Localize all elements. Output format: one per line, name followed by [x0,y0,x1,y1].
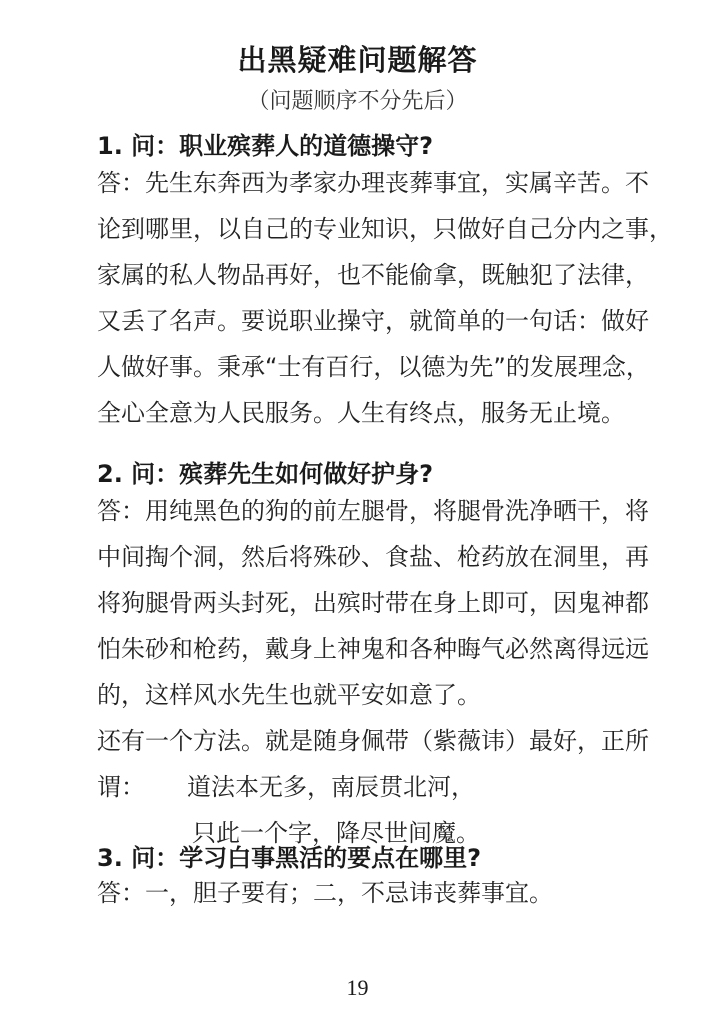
question-1: 1. 问：职业殡葬人的道德操守? [97,126,433,161]
answer-line: 家属的私人物品再好，也不能偷拿，既触犯了法律， [97,252,645,298]
answer-line: 又丢了名声。要说职业操守，就简单的一句话：做好 [97,298,645,344]
answer-line: 人做好事。秉承“士有百行，以德为先”的发展理念， [97,344,645,390]
answer-line: 怕朱砂和枪药，戴身上神鬼和各种晦气必然离得远远 [97,626,645,672]
answer-line: 答：先生东奔西为孝家办理丧葬事宜，实属辛苦。不 [97,160,645,206]
answer-line: 中间掏个洞，然后将殊砂、食盐、枪药放在洞里，再 [97,534,645,580]
page-subtitle: （问题顺序不分先后） [0,84,715,115]
answer-line: 论到哪里，以自己的专业知识，只做好自己分内之事， [97,206,645,252]
verse-prefix: 谓： [97,764,187,810]
answer-line: 全心全意为人民服务。人生有终点，服务无止境。 [97,390,645,436]
answer-line: 答：一，胆子要有；二，不忌讳丧葬事宜。 [97,870,645,916]
question-3: 3. 问：学习白事黑活的要点在哪里? [97,838,481,873]
page-number: 19 [0,975,715,1001]
question-2: 2. 问：殡葬先生如何做好护身? [97,454,433,489]
answer-line: 的，这样风水先生也就平安如意了。 [97,672,645,718]
answer-line: 答：用纯黑色的狗的前左腿骨，将腿骨洗净晒干，将 [97,488,645,534]
page-title: 出黑疑难问题解答 [0,38,715,79]
document-page: 出黑疑难问题解答 （问题顺序不分先后） 1. 问：职业殡葬人的道德操守? 答：先… [0,0,715,1024]
verse-text: 道法本无多，南辰贯北河， [187,773,475,801]
answer-line: 将狗腿骨两头封死，出殡时带在身上即可，因鬼神都 [97,580,645,626]
answer-1: 答：先生东奔西为孝家办理丧葬事宜，实属辛苦。不 论到哪里，以自己的专业知识，只做… [97,160,645,436]
answer-line: 还有一个方法。就是随身佩带（紫薇讳）最好，正所 [97,718,645,764]
verse-line-1: 谓：道法本无多，南辰贯北河， [97,764,645,810]
answer-3: 答：一，胆子要有；二，不忌讳丧葬事宜。 [97,870,645,916]
answer-2: 答：用纯黑色的狗的前左腿骨，将腿骨洗净晒干，将 中间掏个洞，然后将殊砂、食盐、枪… [97,488,645,856]
